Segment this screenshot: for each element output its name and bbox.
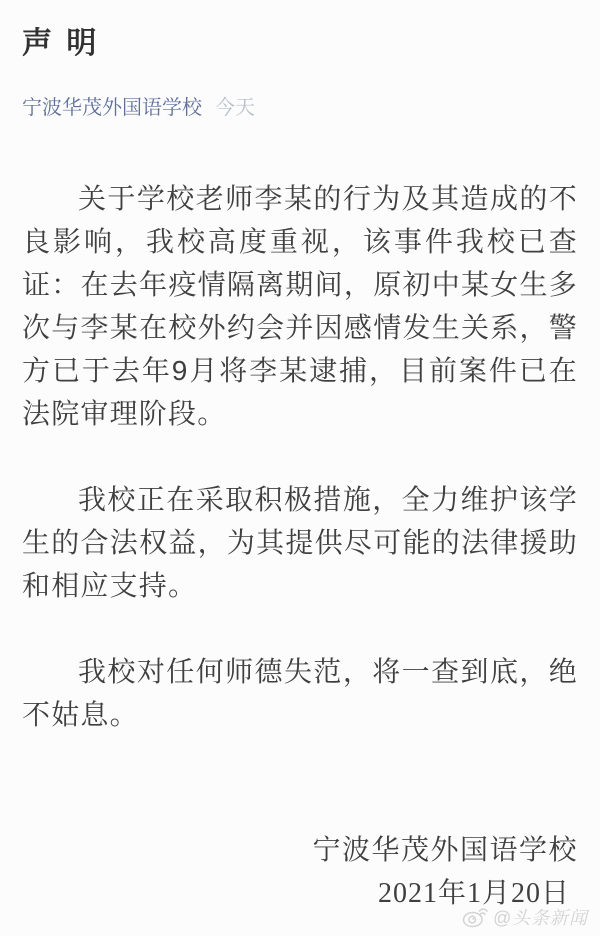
statement-paragraph: 关于学校老师李某的行为及其造成的不良影响，我校高度重视，该事件我校已查证：在去年… bbox=[22, 177, 578, 435]
weibo-icon bbox=[462, 907, 488, 928]
signature-block: 宁波华茂外国语学校 2021年1月20日 bbox=[22, 828, 578, 916]
signature-name: 宁波华茂外国语学校 bbox=[22, 828, 578, 872]
statement-paragraph: 我校对任何师德失范，将一查到底，绝不姑息。 bbox=[22, 650, 578, 736]
statement-body: 关于学校老师李某的行为及其造成的不良影响，我校高度重视，该事件我校已查证：在去年… bbox=[22, 177, 578, 736]
account-name-link[interactable]: 宁波华茂外国语学校 bbox=[22, 96, 202, 120]
page-title: 声 明 bbox=[22, 28, 578, 60]
post-time: 今天 bbox=[215, 96, 255, 120]
watermark-text: @头条新闻 bbox=[493, 904, 588, 930]
statement-page: 声 明 宁波华茂外国语学校 今天 关于学校老师李某的行为及其造成的不良影响，我校… bbox=[0, 0, 600, 936]
article-meta: 宁波华茂外国语学校 今天 bbox=[22, 96, 578, 120]
statement-paragraph: 我校正在采取积极措施，全力维护该学生的合法权益，为其提供尽可能的法律援助和相应支… bbox=[22, 478, 578, 607]
watermark: @头条新闻 bbox=[462, 904, 588, 930]
